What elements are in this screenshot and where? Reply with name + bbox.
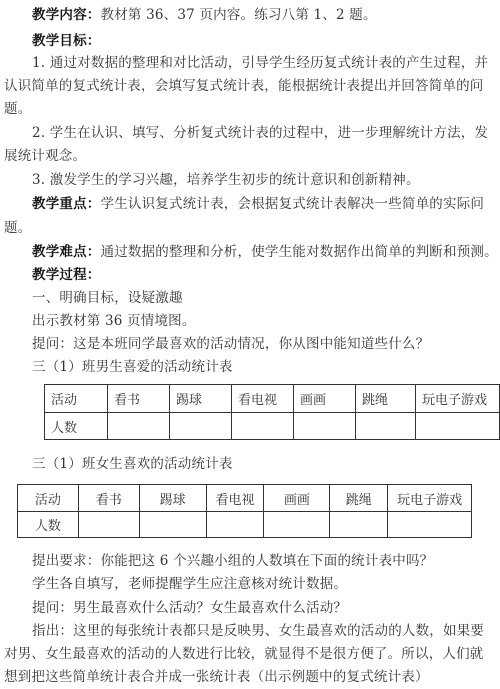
table-cell [264, 512, 330, 538]
teaching-content-label: 教学内容： [32, 7, 101, 23]
table-cell: 踢球 [170, 385, 232, 413]
table-cell: 活动 [18, 485, 79, 512]
key-points-line-2: 题。 [4, 219, 31, 237]
difficulties-text: 通过数据的整理和分析，使学生能对数据作出简单的判断和预测。 [101, 244, 498, 260]
table-cell [78, 512, 139, 538]
table-cell [206, 512, 264, 538]
table-cell: 玩电子游戏 [416, 385, 500, 413]
question-1: 提问：这是本班同学最喜欢的活动情况，你从图中能知道些什么？ [32, 335, 429, 353]
question-2: 提问：男生最喜欢什么活动？女生最喜欢什么活动？ [32, 599, 347, 617]
table-cell [139, 512, 206, 538]
table-cell: 看电视 [206, 485, 264, 512]
difficulties-label: 教学难点： [32, 244, 101, 260]
table-girls-header-row: 活动 看书 踢球 看电视 画画 跳绳 玩电子游戏 [18, 485, 472, 512]
table-girls-count-row: 人数 [18, 512, 472, 538]
requirement: 提出要求：你能把这 6 个兴趣小组的人数填在下面的统计表中吗？ [32, 552, 433, 570]
table-cell [416, 413, 500, 440]
step-1-title: 一、明确目标，设疑激趣 [32, 289, 183, 307]
teaching-content-text: 教材第 36、37 页内容。练习八第 1、2 题。 [101, 7, 377, 23]
table-cell [330, 512, 388, 538]
objective-2-line-2: 展统计观念。 [4, 147, 86, 165]
objective-1-line-3: 题。 [4, 100, 31, 118]
table-cell: 活动 [45, 385, 108, 413]
table-boys-title: 三（1）班男生喜爱的活动统计表 [32, 358, 233, 376]
table-cell: 看书 [78, 485, 139, 512]
table-cell: 人数 [18, 512, 79, 538]
show-textbook: 出示教材第 36 页情境图。 [32, 312, 196, 330]
table-boys: 活动 看书 踢球 看电视 画画 跳绳 玩电子游戏 人数 [44, 384, 500, 440]
teaching-content: 教学内容：教材第 36、37 页内容。练习八第 1、2 题。 [32, 6, 377, 24]
difficulties: 教学难点：通过数据的整理和分析，使学生能对数据作出简单的判断和预测。 [32, 243, 498, 261]
objective-2-line-1: 2. 学生在认识、填写、分析复式统计表的过程中，进一步理解统计方法，发 [32, 124, 488, 142]
point-line-1: 指出：这里的每张统计表都只是反映男、女生最喜欢的活动的人数，如果要 [32, 622, 484, 640]
table-cell [294, 413, 356, 440]
key-points-label: 教学重点： [32, 196, 101, 212]
table-cell: 看电视 [232, 385, 294, 413]
table-cell: 踢球 [139, 485, 206, 512]
students-fill: 学生各自填写，老师提醒学生应注意核对统计数据。 [32, 575, 347, 593]
table-boys-count-row: 人数 [45, 413, 500, 440]
point-line-2: 对男、女生最喜欢的活动的人数进行比较，就显得不是很方便了。所以，人们就 [4, 645, 484, 663]
table-boys-header-row: 活动 看书 踢球 看电视 画画 跳绳 玩电子游戏 [45, 385, 500, 413]
table-cell [108, 413, 170, 440]
table-cell [170, 413, 232, 440]
objective-1-line-1: 1. 通过对数据的整理和对比活动，引导学生经历复式统计表的产生过程，并 [32, 54, 488, 72]
table-cell [388, 512, 472, 538]
key-points: 教学重点：学生认识复式统计表，会根据复式统计表解决一些简单的实际问 [32, 195, 484, 213]
objective-3: 3. 激发学生的学习兴趣，培养学生初步的统计意识和创新精神。 [32, 171, 420, 189]
process-heading: 教学过程： [32, 266, 101, 284]
table-cell: 玩电子游戏 [388, 485, 472, 512]
table-cell: 跳绳 [330, 485, 388, 512]
table-cell: 画画 [294, 385, 356, 413]
objectives-heading: 教学目标： [32, 32, 101, 50]
table-cell: 画画 [264, 485, 330, 512]
table-cell: 看书 [108, 385, 170, 413]
table-cell [232, 413, 294, 440]
table-girls: 活动 看书 踢球 看电视 画画 跳绳 玩电子游戏 人数 [17, 484, 472, 538]
table-cell: 跳绳 [356, 385, 416, 413]
point-line-3: 想到把这些简单统计表合并成一张统计表（出示例题中的复式统计表） [4, 668, 429, 686]
objective-1-line-2: 认识简单的复式统计表，会填写复式统计表，能根据统计表提出并回答简单的问 [4, 77, 484, 95]
table-girls-title: 三（1）班女生喜欢的活动统计表 [32, 455, 233, 473]
table-cell [356, 413, 416, 440]
key-points-text: 学生认识复式统计表，会根据复式统计表解决一些简单的实际问 [101, 196, 485, 212]
table-cell: 人数 [45, 413, 108, 440]
